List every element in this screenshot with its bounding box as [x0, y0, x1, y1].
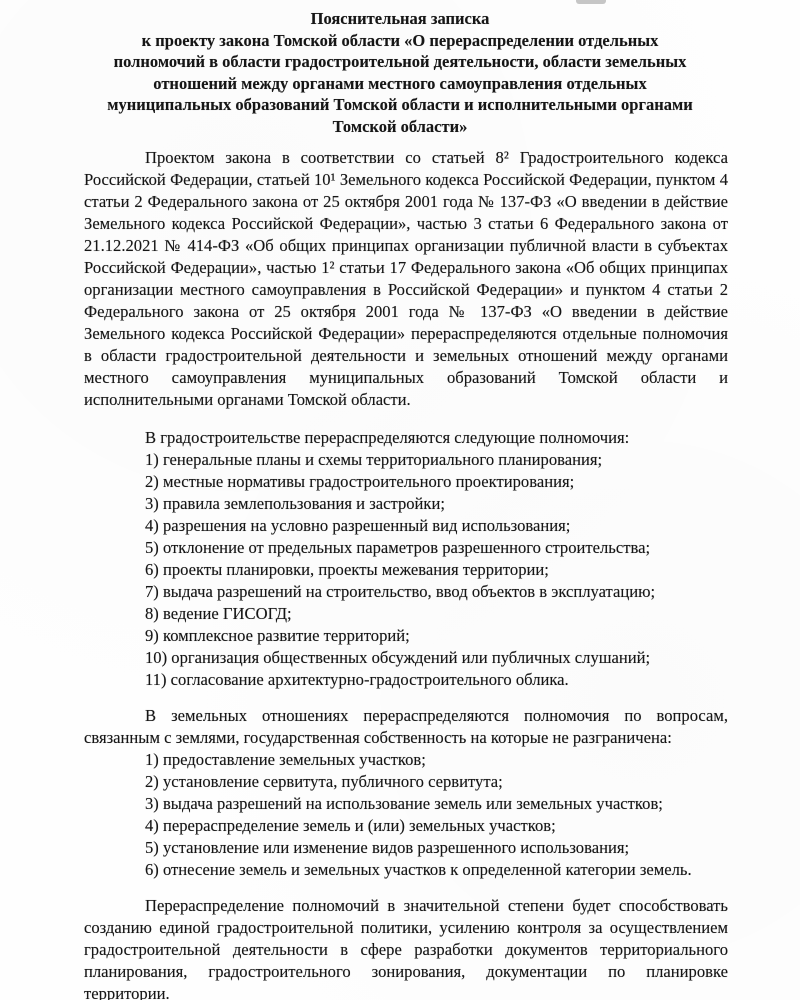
document-subtitle: к проекту закона Томской области «О пере…	[100, 30, 700, 138]
list-item: 4) перераспределение земель и (или) земе…	[84, 815, 728, 837]
intro-paragraph: Проектом закона в соответствии со статье…	[84, 147, 728, 411]
land-powers-list: 1) предоставление земельных участков;2) …	[84, 749, 728, 881]
document-body: Проектом закона в соответствии со статье…	[84, 147, 728, 1000]
list-item: 5) отклонение от предельных параметров р…	[84, 537, 728, 559]
scan-smudge-artifact	[576, 0, 606, 4]
list-item: 2) установление сервитута, публичного се…	[84, 771, 728, 793]
conclusion-paragraph: Перераспределение полномочий в значитель…	[84, 895, 728, 1000]
document-title: Пояснительная записка	[100, 8, 700, 30]
list-item: 7) выдача разрешений на строительство, в…	[84, 581, 728, 603]
list-item: 4) разрешения на условно разрешенный вид…	[84, 515, 728, 537]
list-item: 8) ведение ГИСОГД;	[84, 603, 728, 625]
list-item: 2) местные нормативы градостроительного …	[84, 471, 728, 493]
land-section-intro: В земельных отношениях перераспределяютс…	[84, 705, 728, 749]
list-item: 9) комплексное развитие территорий;	[84, 625, 728, 647]
list-item: 1) генеральные планы и схемы территориал…	[84, 449, 728, 471]
list-item: 6) отнесение земель и земельных участков…	[84, 859, 728, 881]
list-item: 1) предоставление земельных участков;	[84, 749, 728, 771]
document-header: Пояснительная записка к проекту закона Т…	[100, 0, 700, 137]
list-item: 6) проекты планировки, проекты межевания…	[84, 559, 728, 581]
urban-section-heading: В градостроительстве перераспределяются …	[84, 427, 728, 449]
list-item: 5) установление или изменение видов разр…	[84, 837, 728, 859]
list-item: 3) правила землепользования и застройки;	[84, 493, 728, 515]
list-item: 10) организация общественных обсуждений …	[84, 647, 728, 669]
scanned-document-page: Пояснительная записка к проекту закона Т…	[0, 0, 800, 1000]
list-item: 3) выдача разрешений на использование зе…	[84, 793, 728, 815]
list-item: 11) согласование архитектурно-градострои…	[84, 669, 728, 691]
urban-powers-list: 1) генеральные планы и схемы территориал…	[84, 449, 728, 691]
